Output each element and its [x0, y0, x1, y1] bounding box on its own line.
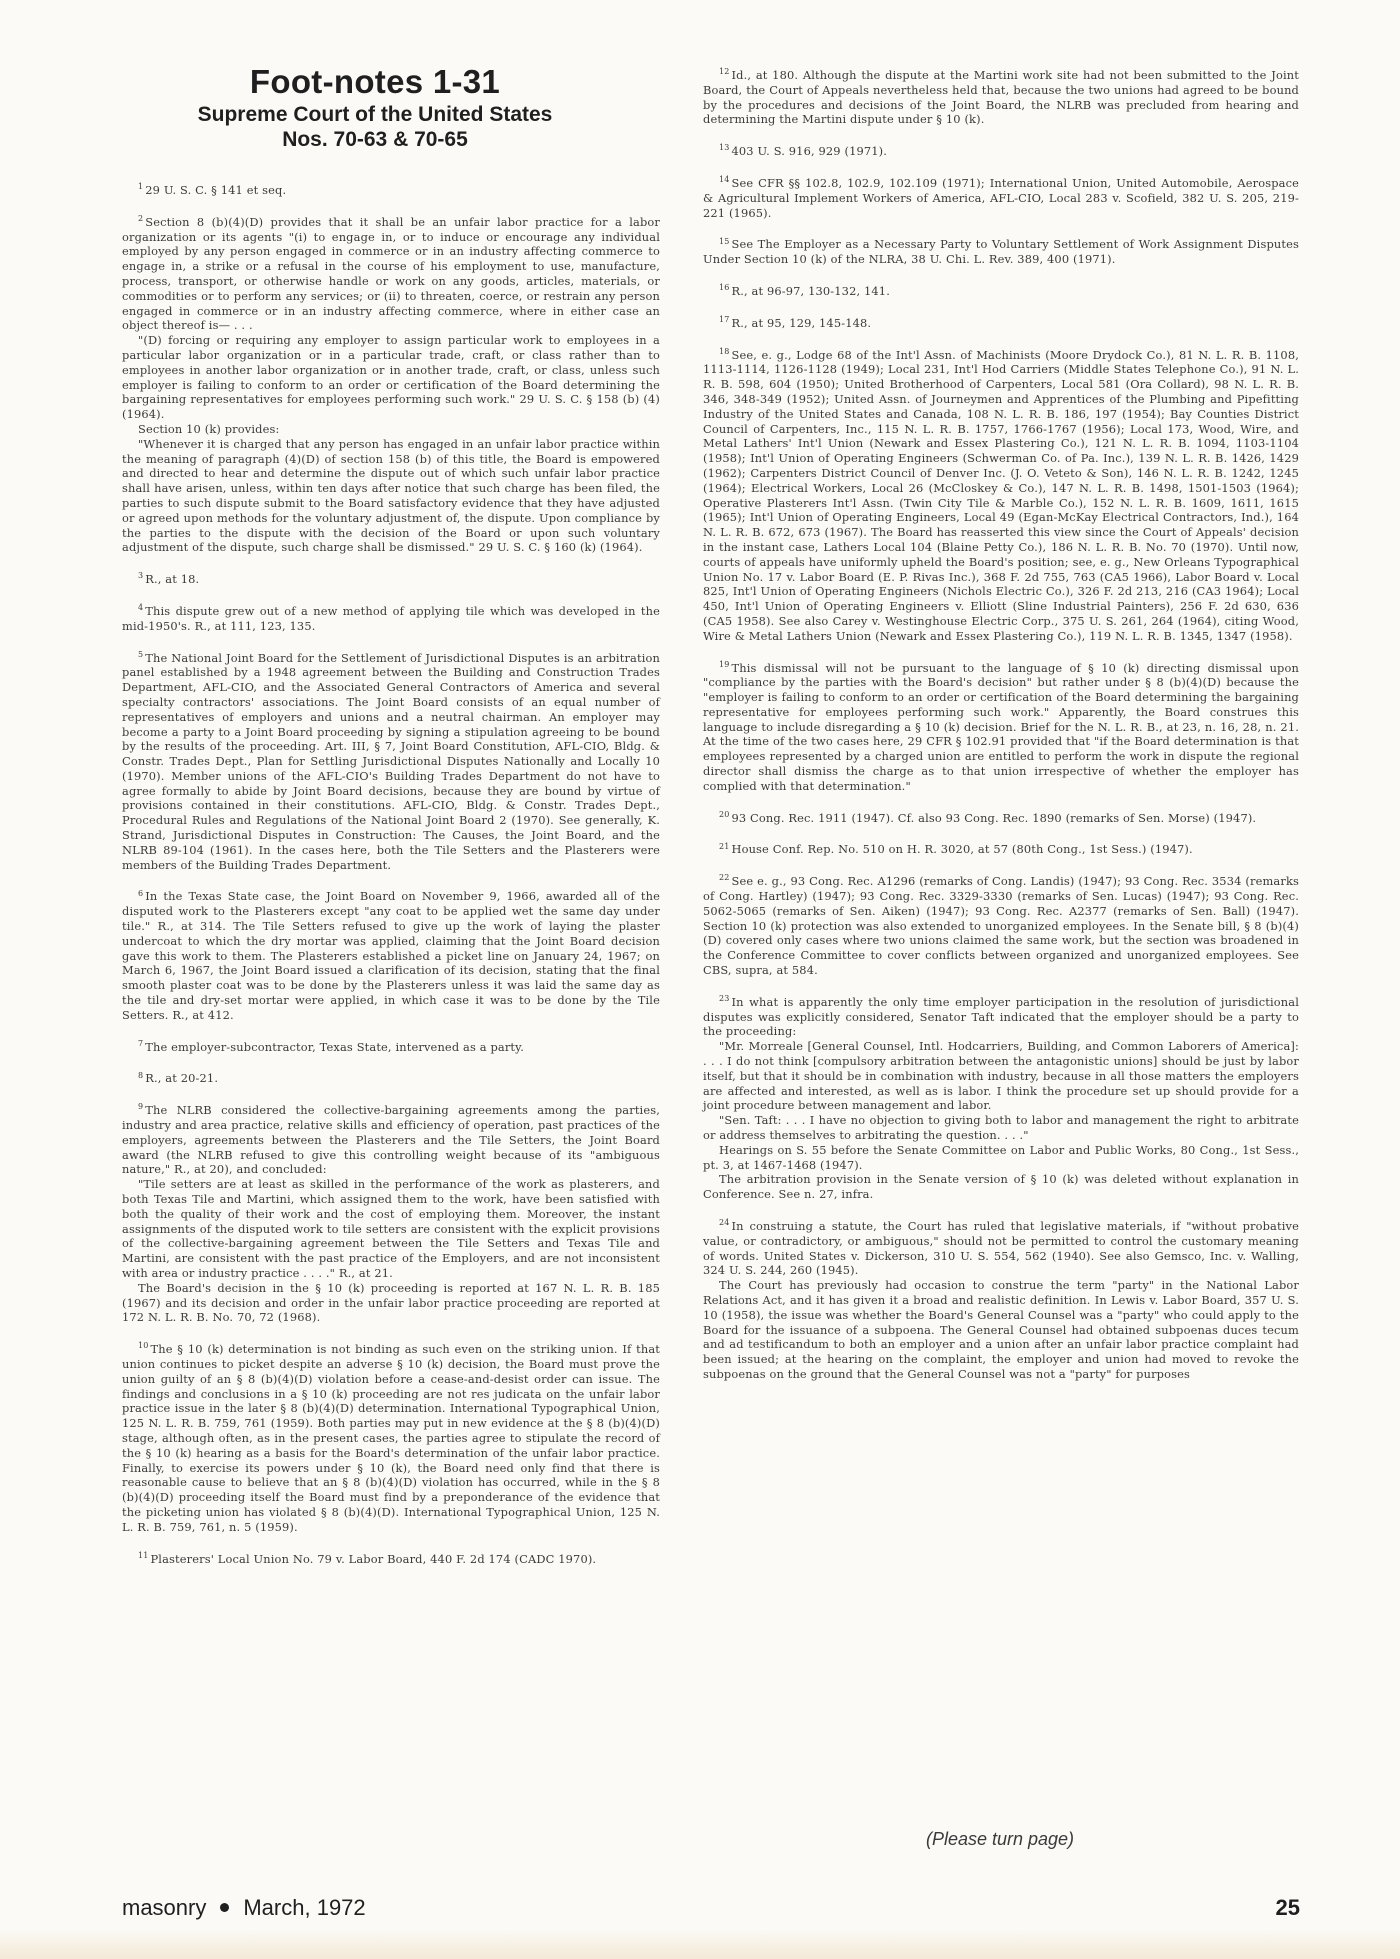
footer-publication-line: masonryMarch, 1972	[122, 1895, 366, 1921]
footnote-18: 18See, e. g., Lodge 68 of the Int'l Assn…	[703, 348, 1299, 644]
footnote-paragraph: 2Section 8 (b)(4)(D) provides that it sh…	[122, 215, 660, 333]
footnote-text: This dispute grew out of a new method of…	[122, 604, 660, 633]
footnote-text: This dismissal will not be pursuant to t…	[703, 661, 1299, 793]
footnote-paragraph: Section 10 (k) provides:	[122, 422, 660, 437]
publication-name: masonry	[122, 1895, 206, 1920]
page-number: 25	[1276, 1895, 1300, 1921]
footnote-number: 12	[719, 67, 729, 76]
footnote-paragraph: 14See CFR §§ 102.8, 102.9, 102.109 (1971…	[703, 176, 1299, 220]
footnote-text: See, e. g., Lodge 68 of the Int'l Assn. …	[703, 348, 1299, 643]
footnote-text: Section 8 (b)(4)(D) provides that it sha…	[122, 215, 660, 333]
footnote-8: 8R., at 20-21.	[122, 1071, 660, 1086]
footnote-9: 9The NLRB considered the collective-barg…	[122, 1103, 660, 1325]
footnote-14: 14See CFR §§ 102.8, 102.9, 102.109 (1971…	[703, 176, 1299, 220]
footnote-paragraph: 21House Conf. Rep. No. 510 on H. R. 3020…	[703, 842, 1299, 857]
footnote-11: 11Plasterers' Local Union No. 79 v. Labo…	[122, 1552, 660, 1567]
footnote-17: 17R., at 95, 129, 145-148.	[703, 316, 1299, 331]
footnote-7: 7The employer-subcontractor, Texas State…	[122, 1040, 660, 1055]
footnote-3: 3R., at 18.	[122, 572, 660, 587]
footnote-paragraph: 19This dismissal will not be pursuant to…	[703, 661, 1299, 794]
footnote-text: The § 10 (k) determination is not bindin…	[122, 1342, 660, 1534]
footnote-text: In the Texas State case, the Joint Board…	[122, 889, 660, 1021]
footnote-12: 12Id., at 180. Although the dispute at t…	[703, 68, 1299, 127]
footnote-22: 22See e. g., 93 Cong. Rec. A1296 (remark…	[703, 874, 1299, 978]
footnote-text: The NLRB considered the collective-barga…	[122, 1103, 660, 1176]
footnote-text: House Conf. Rep. No. 510 on H. R. 3020, …	[731, 842, 1192, 856]
footnote-text: In construing a statute, the Court has r…	[703, 1219, 1299, 1277]
footnote-4: 4This dispute grew out of a new method o…	[122, 604, 660, 634]
footnote-text: The National Joint Board for the Settlem…	[122, 651, 660, 872]
footnote-number: 3	[138, 571, 143, 580]
footnote-text: "Mr. Morreale [General Counsel, Intl. Ho…	[703, 1039, 1299, 1112]
footnote-paragraph: 6In the Texas State case, the Joint Boar…	[122, 889, 660, 1022]
footnote-number: 22	[719, 873, 729, 882]
footnote-paragraph: The Board's decision in the § 10 (k) pro…	[122, 1281, 660, 1325]
footnote-number: 15	[719, 237, 729, 246]
footnote-paragraph: "Whenever it is charged that any person …	[122, 437, 660, 555]
footnote-paragraph: 11Plasterers' Local Union No. 79 v. Labo…	[122, 1552, 660, 1567]
footnote-text: R., at 96-97, 130-132, 141.	[731, 284, 890, 298]
footnote-number: 10	[138, 1341, 148, 1350]
footnote-text: The arbitration provision in the Senate …	[703, 1172, 1299, 1201]
footnote-paragraph: 12Id., at 180. Although the dispute at t…	[703, 68, 1299, 127]
court-name: Supreme Court of the United States	[140, 102, 610, 127]
footnote-number: 18	[719, 347, 729, 356]
footnote-text: "(D) forcing or requiring any employer t…	[122, 333, 660, 421]
footnotes-left-column: 129 U. S. C. § 141 et seq.2Section 8 (b)…	[122, 183, 660, 1583]
case-numbers: Nos. 70-63 & 70-65	[140, 127, 610, 152]
footnote-paragraph: 22See e. g., 93 Cong. Rec. A1296 (remark…	[703, 874, 1299, 978]
footnote-paragraph: 15See The Employer as a Necessary Party …	[703, 237, 1299, 267]
footnote-number: 8	[138, 1071, 143, 1080]
footnote-paragraph: 9The NLRB considered the collective-barg…	[122, 1103, 660, 1177]
footnote-text: See e. g., 93 Cong. Rec. A1296 (remarks …	[703, 874, 1299, 977]
footnote-text: 93 Cong. Rec. 1911 (1947). Cf. also 93 C…	[731, 811, 1256, 825]
footnote-paragraph: Hearings on S. 55 before the Senate Comm…	[703, 1143, 1299, 1173]
footnote-number: 13	[719, 143, 729, 152]
footnote-number: 7	[138, 1039, 143, 1048]
footnote-paragraph: 4This dispute grew out of a new method o…	[122, 604, 660, 634]
footnote-paragraph: 24In construing a statute, the Court has…	[703, 1219, 1299, 1278]
footnote-text: R., at 95, 129, 145-148.	[731, 316, 871, 330]
footnote-paragraph: 7The employer-subcontractor, Texas State…	[122, 1040, 660, 1055]
footnote-text: "Sen. Taft: . . . I have no objection to…	[703, 1113, 1299, 1142]
footnote-text: Plasterers' Local Union No. 79 v. Labor …	[150, 1552, 596, 1566]
footnote-15: 15See The Employer as a Necessary Party …	[703, 237, 1299, 267]
footnote-number: 11	[138, 1551, 148, 1560]
footnotes-right-column: 12Id., at 180. Although the dispute at t…	[703, 68, 1299, 1399]
footnote-number: 23	[719, 994, 729, 1003]
footnote-paragraph: 3R., at 18.	[122, 572, 660, 587]
footnote-text: See CFR §§ 102.8, 102.9, 102.109 (1971);…	[703, 176, 1299, 220]
footnote-21: 21House Conf. Rep. No. 510 on H. R. 3020…	[703, 842, 1299, 857]
footnote-16: 16R., at 96-97, 130-132, 141.	[703, 284, 1299, 299]
continuation-note: (Please turn page)	[700, 1829, 1300, 1850]
footnote-paragraph: 16R., at 96-97, 130-132, 141.	[703, 284, 1299, 299]
footnote-paragraph: "(D) forcing or requiring any employer t…	[122, 333, 660, 422]
footnote-paragraph: "Tile setters are at least as skilled in…	[122, 1177, 660, 1281]
footnote-paragraph: "Mr. Morreale [General Counsel, Intl. Ho…	[703, 1039, 1299, 1113]
footnote-text: 403 U. S. 916, 929 (1971).	[731, 144, 887, 158]
footnote-paragraph: 129 U. S. C. § 141 et seq.	[122, 183, 660, 198]
footnote-text: Id., at 180. Although the dispute at the…	[703, 68, 1299, 126]
footnote-text: R., at 20-21.	[145, 1071, 218, 1085]
footnote-paragraph: 8R., at 20-21.	[122, 1071, 660, 1086]
footnote-text: "Whenever it is charged that any person …	[122, 437, 660, 555]
footnote-text: 29 U. S. C. § 141 et seq.	[145, 183, 286, 197]
footnote-text: "Tile setters are at least as skilled in…	[122, 1177, 660, 1280]
footnote-number: 21	[719, 842, 729, 851]
footnote-text: See The Employer as a Necessary Party to…	[703, 237, 1299, 266]
footnote-number: 20	[719, 810, 729, 819]
footnote-number: 4	[138, 603, 143, 612]
footnote-13: 13403 U. S. 916, 929 (1971).	[703, 144, 1299, 159]
footnote-text: In what is apparently the only time empl…	[703, 995, 1299, 1039]
footnote-19: 19This dismissal will not be pursuant to…	[703, 661, 1299, 794]
footnote-paragraph: 18See, e. g., Lodge 68 of the Int'l Assn…	[703, 348, 1299, 644]
footnote-number: 9	[138, 1102, 143, 1111]
page-header: Foot-notes 1-31 Supreme Court of the Uni…	[140, 62, 610, 152]
footnote-text: Section 10 (k) provides:	[138, 422, 279, 436]
footnote-paragraph: 10The § 10 (k) determination is not bind…	[122, 1342, 660, 1534]
footnote-5: 5The National Joint Board for the Settle…	[122, 651, 660, 873]
scan-edge-shading	[0, 1929, 1400, 1959]
footnote-paragraph: 17R., at 95, 129, 145-148.	[703, 316, 1299, 331]
footnote-number: 19	[719, 660, 729, 669]
page-title: Foot-notes 1-31	[140, 62, 610, 102]
footnote-number: 24	[719, 1218, 729, 1227]
footnote-6: 6In the Texas State case, the Joint Boar…	[122, 889, 660, 1022]
document-page: Foot-notes 1-31 Supreme Court of the Uni…	[0, 0, 1400, 1959]
footnote-text: The employer-subcontractor, Texas State,…	[145, 1040, 524, 1054]
page-footer: masonryMarch, 1972 25	[122, 1895, 1300, 1925]
footnote-paragraph: "Sen. Taft: . . . I have no objection to…	[703, 1113, 1299, 1143]
bullet-separator-icon	[220, 1903, 229, 1912]
footnote-2: 2Section 8 (b)(4)(D) provides that it sh…	[122, 215, 660, 555]
footnote-24: 24In construing a statute, the Court has…	[703, 1219, 1299, 1382]
footnote-text: Hearings on S. 55 before the Senate Comm…	[703, 1143, 1299, 1172]
footnote-text: R., at 18.	[145, 572, 199, 586]
footnote-text: The Board's decision in the § 10 (k) pro…	[122, 1281, 660, 1325]
footnote-23: 23In what is apparently the only time em…	[703, 995, 1299, 1202]
footnote-number: 6	[138, 889, 143, 898]
footnote-paragraph: 13403 U. S. 916, 929 (1971).	[703, 144, 1299, 159]
footnote-10: 10The § 10 (k) determination is not bind…	[122, 1342, 660, 1534]
footnote-number: 2	[138, 214, 143, 223]
footnote-paragraph: The Court has previously had occasion to…	[703, 1278, 1299, 1382]
footnote-number: 5	[138, 650, 143, 659]
footnote-number: 1	[138, 182, 143, 191]
footnote-paragraph: 23In what is apparently the only time em…	[703, 995, 1299, 1039]
footnote-paragraph: 2093 Cong. Rec. 1911 (1947). Cf. also 93…	[703, 811, 1299, 826]
footnote-number: 16	[719, 283, 729, 292]
footnote-paragraph: The arbitration provision in the Senate …	[703, 1172, 1299, 1202]
issue-date: March, 1972	[243, 1895, 365, 1920]
footnote-1: 129 U. S. C. § 141 et seq.	[122, 183, 660, 198]
footnote-number: 14	[719, 175, 729, 184]
footnote-text: The Court has previously had occasion to…	[703, 1278, 1299, 1381]
footnote-paragraph: 5The National Joint Board for the Settle…	[122, 651, 660, 873]
footnote-20: 2093 Cong. Rec. 1911 (1947). Cf. also 93…	[703, 811, 1299, 826]
footnote-number: 17	[719, 315, 729, 324]
